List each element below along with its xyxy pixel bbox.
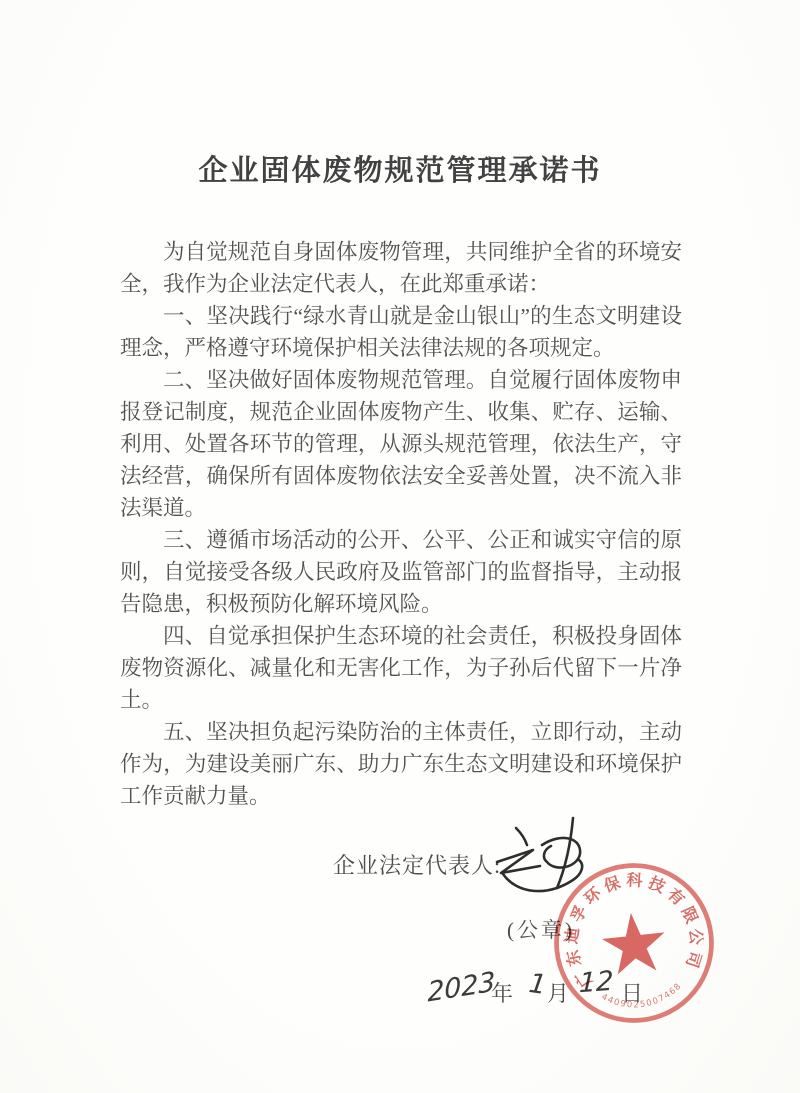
document-title: 企业固体废物规范管理承诺书 (0, 148, 800, 189)
paragraph-item-5: 五、坚决担负起污染防治的主体责任，立即行动，主动作为，为建设美丽广东、助力广东生… (120, 716, 682, 812)
paragraph-item-1: 一、坚决践行“绿水青山就是金山银山”的生态文明建设理念，严格遵守环境保护相关法律… (120, 300, 682, 364)
paragraph-item-4: 四、自觉承担保护生态环境的社会责任，积极投身固体废物资源化、减量化和无害化工作，… (120, 620, 682, 716)
company-seal: 广东迪孚环保科技有限公司 4409025007468 (541, 850, 728, 1037)
document-body: 为自觉规范自身固体废物管理，共同维护全省的环境安全，我作为企业法定代表人，在此郑… (120, 236, 682, 812)
date-year-label: 年 (491, 977, 513, 1008)
scanned-document-page: 企业固体废物规范管理承诺书 为自觉规范自身固体废物管理，共同维护全省的环境安全，… (0, 0, 800, 1093)
date-year-handwritten: 2023 (427, 966, 495, 1008)
date-month-handwritten: 1 (527, 968, 548, 1001)
paragraph-item-2: 二、坚决做好固体废物规范管理。自觉履行固体废物申报登记制度，规范企业固体废物产生… (120, 364, 682, 524)
paragraph-item-3: 三、遵循市场活动的公开、公平、公正和诚实守信的原则，自觉接受各级人民政府及监管部… (120, 524, 682, 620)
paragraph-intro: 为自觉规范自身固体废物管理，共同维护全省的环境安全，我作为企业法定代表人，在此郑… (120, 236, 682, 300)
star-icon (600, 910, 669, 976)
legal-representative-label: 企业法定代表人: (333, 849, 501, 880)
